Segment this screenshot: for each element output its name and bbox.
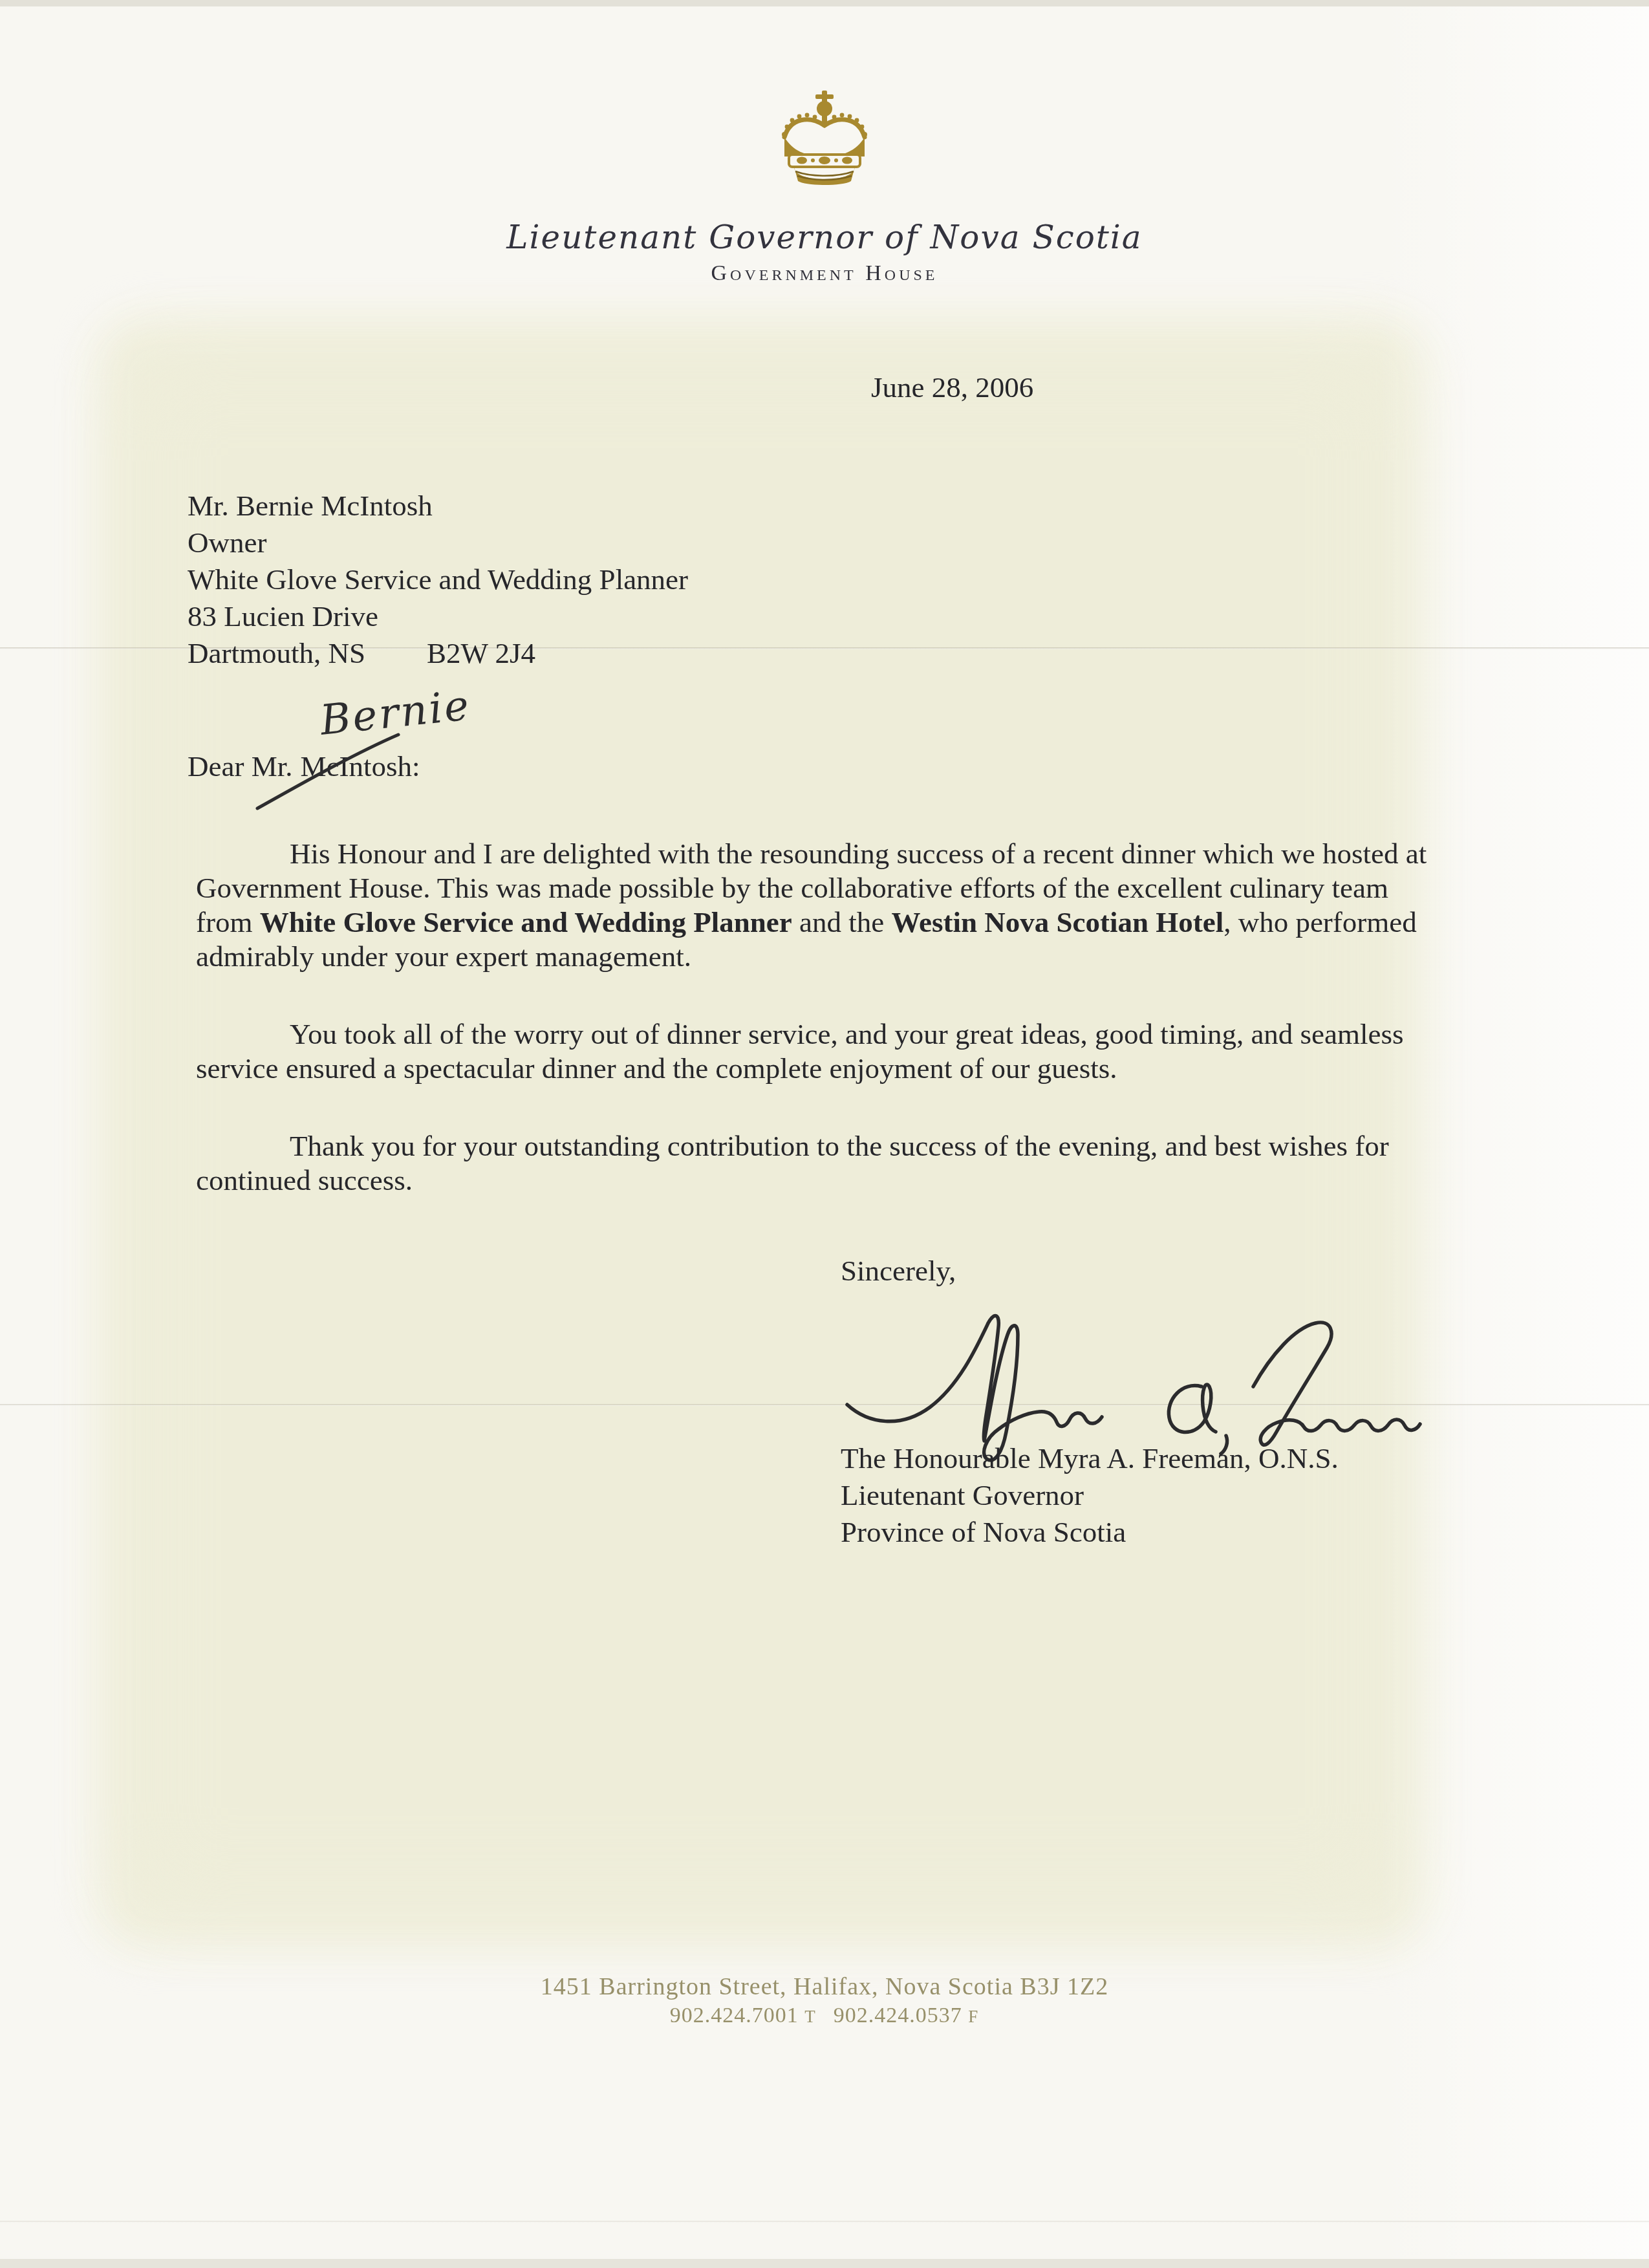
footer-phones: 902.424.7001 T902.424.0537 F	[0, 2003, 1649, 2028]
footer-telephone: 902.424.7001	[670, 2003, 799, 2027]
scan-edge-bottom	[0, 2259, 1649, 2268]
scan-edge-top	[0, 0, 1649, 6]
signer-title: Lieutenant Governor	[841, 1477, 1339, 1514]
signature-block: The Honourable Myra A. Freeman, O.N.S. L…	[841, 1440, 1339, 1551]
salutation-suffix: :	[412, 750, 420, 783]
date-line: June 28, 2006	[871, 369, 1033, 406]
footer-address: 1451 Barrington Street, Halifax, Nova Sc…	[0, 1972, 1649, 2001]
footer-fax-label: F	[968, 2007, 979, 2026]
recipient-city-line: Dartmouth, NSB2W 2J4	[188, 635, 688, 672]
paragraph: Thank you for your outstanding contribut…	[196, 1129, 1445, 1198]
recipient-address: Mr. Bernie McIntosh Owner White Glove Se…	[188, 488, 688, 672]
letterhead-subtitle: Government House	[0, 261, 1649, 286]
recipient-title: Owner	[188, 524, 688, 561]
recipient-city: Dartmouth, NS	[188, 637, 365, 669]
valediction: Sincerely,	[841, 1253, 956, 1290]
salutation-line: Dear Mr.McIntosh:	[188, 748, 420, 785]
recipient-organization: White Glove Service and Wedding Planner	[188, 561, 688, 598]
royal-crown-icon	[776, 89, 873, 185]
paragraph: You took all of the worry out of dinner …	[196, 1017, 1445, 1086]
letterhead-title: Lieutenant Governor of Nova Scotia	[0, 219, 1649, 256]
recipient-postal-code: B2W 2J4	[427, 637, 535, 669]
salutation-prefix: Dear Mr.	[188, 750, 292, 783]
body-paragraphs: His Honour and I are delighted with the …	[196, 837, 1445, 1241]
recipient-name: Mr. Bernie McIntosh	[188, 488, 688, 524]
scanned-letter-page: Lieutenant Governor of Nova Scotia Gover…	[0, 0, 1649, 2268]
footer-fax: 902.424.0537	[834, 2003, 962, 2027]
recipient-street: 83 Lucien Drive	[188, 598, 688, 635]
paragraph: His Honour and I are delighted with the …	[196, 837, 1445, 974]
footer-telephone-label: T	[804, 2007, 817, 2026]
signer-name: The Honourable Myra A. Freeman, O.N.S.	[841, 1440, 1339, 1477]
salutation-struck-name: McIntosh	[300, 750, 412, 783]
signer-region: Province of Nova Scotia	[841, 1514, 1339, 1551]
